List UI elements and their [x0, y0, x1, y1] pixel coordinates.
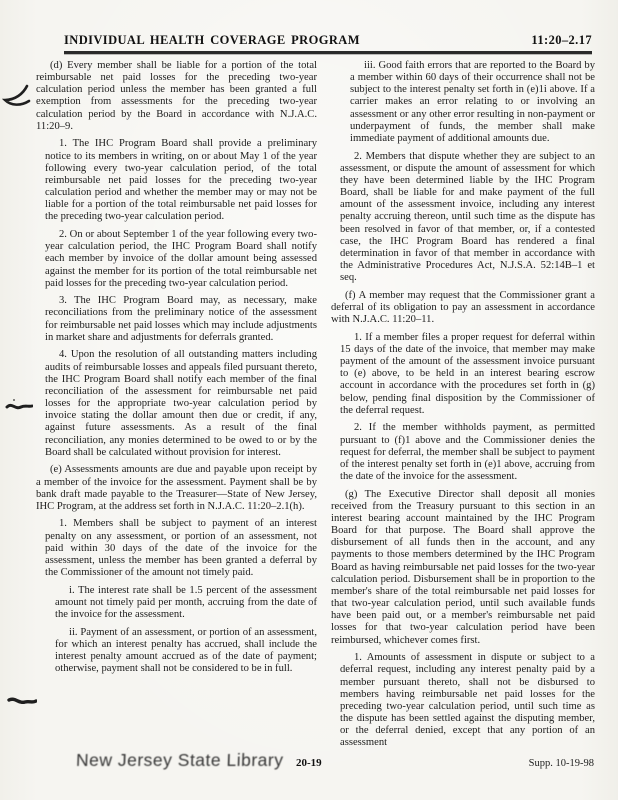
- paragraph: 2. On or about September 1 of the year f…: [45, 229, 317, 290]
- supplement-date: Supp. 10-19-98: [529, 758, 594, 769]
- paragraph: 1. If a member files a proper request fo…: [340, 332, 595, 417]
- pen-mark-icon: [7, 694, 37, 708]
- paragraph: 3. The IHC Program Board may, as necessa…: [45, 295, 317, 344]
- paragraph: (f) A member may request that the Commis…: [331, 290, 595, 326]
- paragraph: (e) Assessments amounts are due and paya…: [36, 464, 317, 513]
- paragraph: 2. If the member withholds payment, as p…: [340, 422, 595, 483]
- paragraph: 1. Members shall be subject to payment o…: [45, 518, 317, 579]
- paragraph: iii. Good faith errors that are reported…: [350, 60, 595, 145]
- document-page: INDIVIDUAL HEALTH COVERAGE PROGRAM 11:20…: [0, 0, 618, 800]
- header-citation: 11:20–2.17: [531, 33, 592, 48]
- library-stamp: New Jersey State Library: [76, 750, 284, 771]
- paragraph: (d) Every member shall be liable for a p…: [36, 60, 317, 133]
- paragraph: 1. Amounts of assessment in dispute or s…: [340, 652, 595, 749]
- header-title: INDIVIDUAL HEALTH COVERAGE PROGRAM: [64, 33, 360, 48]
- paragraph: 4. Upon the resolution of all outstandin…: [45, 349, 317, 458]
- paragraph: ii. Payment of an assessment, or portion…: [55, 627, 317, 676]
- header-rule: [64, 51, 592, 54]
- left-column: (d) Every member shall be liable for a p…: [36, 60, 317, 755]
- paragraph: 1. The IHC Program Board shall provide a…: [45, 138, 317, 223]
- document-body: (d) Every member shall be liable for a p…: [36, 60, 595, 755]
- paragraph: i. The interest rate shall be 1.5 percen…: [55, 585, 317, 621]
- page-number: 20-19: [296, 757, 322, 769]
- paragraph: 2. Members that dispute whether they are…: [340, 151, 595, 285]
- page-header: INDIVIDUAL HEALTH COVERAGE PROGRAM 11:20…: [64, 33, 592, 48]
- pen-mark-icon: [5, 398, 33, 414]
- paragraph: (g) The Executive Director shall deposit…: [331, 489, 595, 647]
- right-column: iii. Good faith errors that are reported…: [331, 60, 595, 755]
- pen-mark-icon: [1, 84, 31, 116]
